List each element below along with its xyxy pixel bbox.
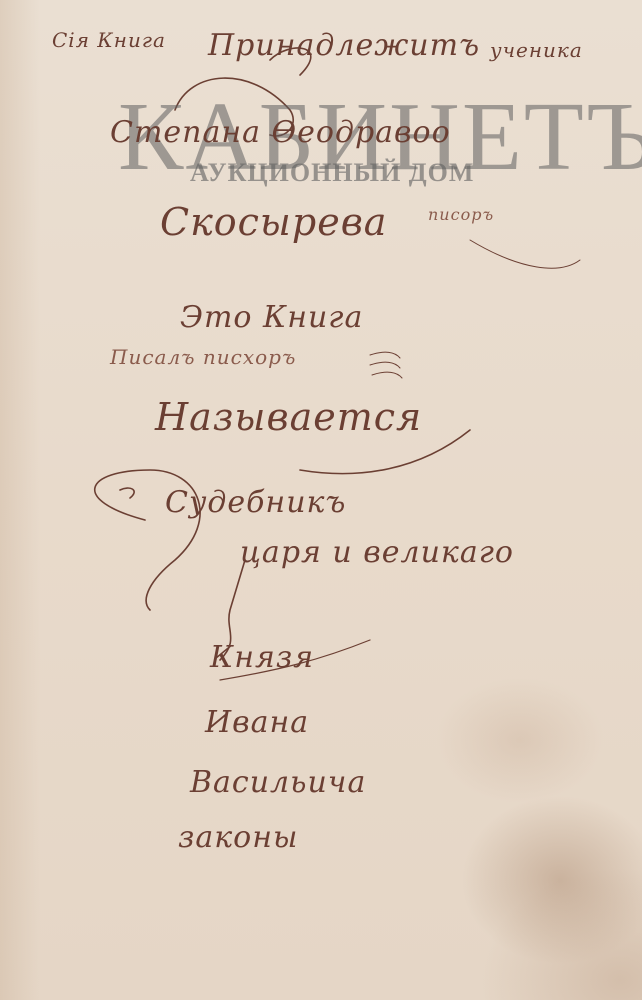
watermark-subtitle: АУКЦИОННЫЙ ДОМ bbox=[190, 160, 474, 186]
manuscript-line: Принадлежитъ bbox=[208, 28, 480, 63]
manuscript-line: Князя bbox=[210, 640, 314, 675]
manuscript-line: Ивана bbox=[205, 705, 309, 740]
manuscript-page: КАБИНЕТЪ АУКЦИОННЫЙ ДОМ Сія Книга Принад… bbox=[0, 0, 642, 1000]
manuscript-line: Скосырева bbox=[160, 200, 387, 244]
manuscript-line: Судебникъ bbox=[165, 485, 346, 520]
manuscript-line: Это Книга bbox=[180, 300, 363, 335]
manuscript-line: Сія Книга bbox=[52, 28, 166, 52]
manuscript-line: царя и великаго bbox=[240, 535, 514, 570]
manuscript-line: Васильича bbox=[190, 765, 366, 800]
manuscript-line: законы bbox=[178, 820, 298, 855]
manuscript-line: писоръ bbox=[428, 205, 494, 224]
manuscript-line: Называется bbox=[155, 395, 422, 439]
manuscript-line: ученика bbox=[490, 38, 583, 62]
manuscript-line: Писалъ писхоръ bbox=[110, 345, 296, 369]
manuscript-line: Степана Өеодравоо bbox=[110, 115, 451, 150]
